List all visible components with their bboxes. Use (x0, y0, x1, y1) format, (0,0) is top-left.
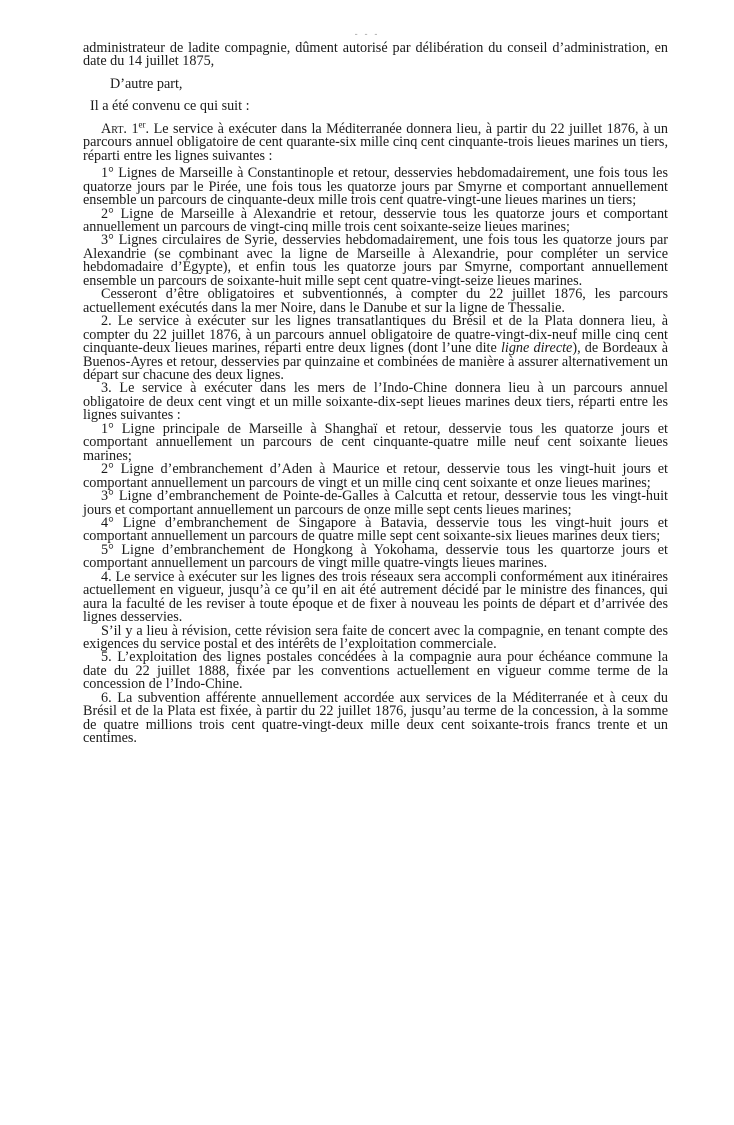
article-3-item-4: 4° Ligne d’embranchement de Singapore à … (83, 517, 668, 544)
article-1-item-2: 2° Ligne de Marseille à Alexandrie et re… (83, 208, 668, 235)
article-1-item-1: 1° Lignes de Marseille à Constantinople … (83, 167, 668, 207)
document-body: administrateur de ladite compagnie, dûme… (83, 42, 668, 746)
article-4: 4. Le service à exécuter sur les lignes … (83, 571, 668, 625)
article-1-cessation: Cesseront d’être obligatoires et subvent… (83, 288, 668, 315)
article-1-item-3: 3° Lignes circulaires de Syrie, desservi… (83, 234, 668, 288)
article-1: Art. 1er. Le service à exécuter dans la … (83, 123, 668, 163)
article-2: 2. Le service à exécuter sur les lignes … (83, 315, 668, 382)
article-5: 5. L’exploitation des lignes postales co… (83, 651, 668, 691)
paragraph-intro: administrateur de ladite compagnie, dûme… (83, 42, 668, 69)
article-3-item-3: 3° Ligne d’embranchement de Pointe-de-Ga… (83, 490, 668, 517)
paragraph-convenu: Il a été convenu ce qui suit : (83, 100, 668, 113)
article-3-item-5: 5° Ligne d’embranchement de Hongkong à Y… (83, 544, 668, 571)
article-6: 6. La subvention afférente annuellement … (83, 692, 668, 746)
page-number-marker: - - - (0, 30, 734, 40)
article-3-item-1: 1° Ligne principale de Marseille à Shang… (83, 423, 668, 463)
article-label-sup: er (139, 119, 146, 129)
paragraph-dautre-part: D’autre part, (83, 78, 668, 91)
article-1-text: . Le service à exécuter dans la Méditerr… (83, 121, 668, 164)
article-3-item-2: 2° Ligne d’embranchement d’Aden à Mauric… (83, 463, 668, 490)
article-3: 3. Le service à exécuter dans les mers d… (83, 382, 668, 422)
article-4-revision: S’il y a lieu à révision, cette révision… (83, 625, 668, 652)
